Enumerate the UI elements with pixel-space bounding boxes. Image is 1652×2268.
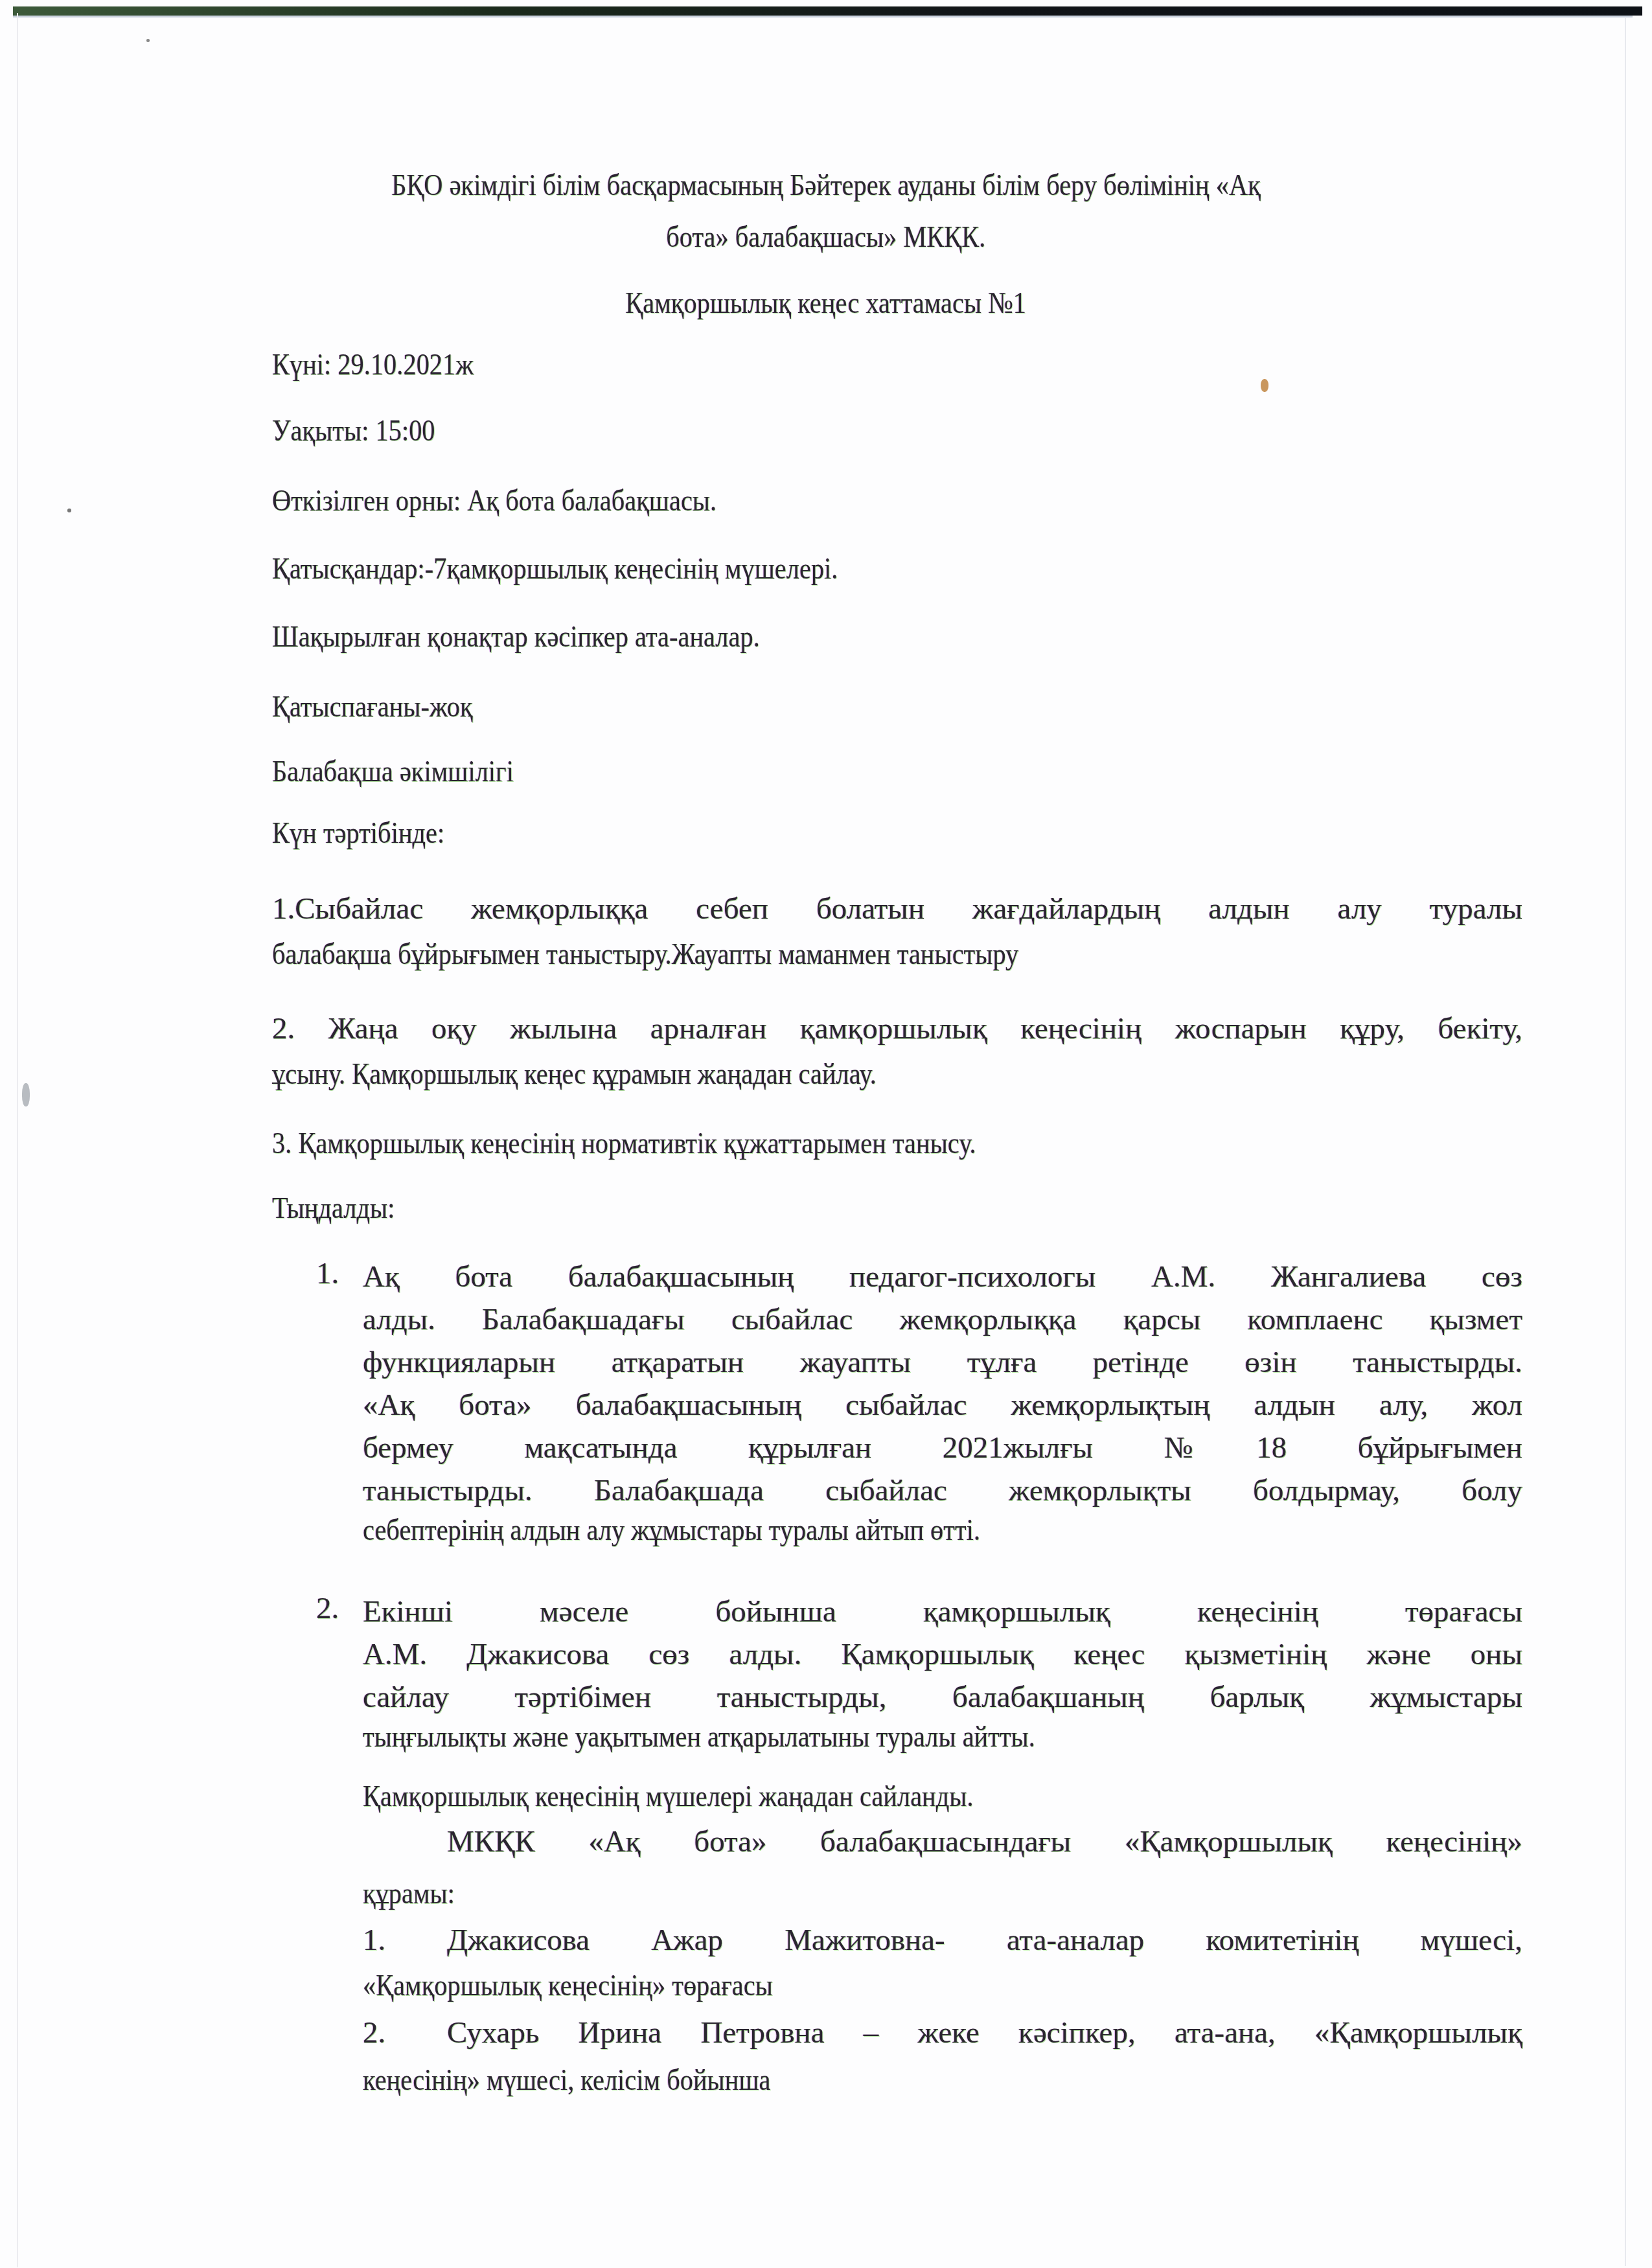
meeting-date: Күні: 29.10.2021ж [272,347,474,383]
page-edge-left [17,13,18,2267]
agenda-heading: Күн тәртібінде: [272,815,444,851]
org-name-line-1: БҚО әкімдігі білім басқармасының Бәйтере… [0,167,1652,203]
invited-guests: Шақырылған қонақтар кәсіпкер ата-аналар. [272,619,760,655]
member-2: Сухарь Ирина Петровна – жеке кәсіпкер, а… [447,2015,1522,2051]
member-1-number: 1. [363,1922,385,1958]
heard-item-2: Екінші мәселе бойынша қамқоршылық кеңесі… [363,1590,1522,1719]
scan-speck [146,39,150,42]
scan-speck [22,1083,30,1106]
scan-border-edge [13,16,1633,17]
absent: Қатыспағаны-жоқ [272,689,473,725]
heard-item-1-last: себептерінің алдын алу жұмыстары туралы … [363,1512,980,1548]
composition-heading-cont: құрамы: [363,1875,455,1912]
heard-item-1-number: 1. [316,1255,339,1292]
member-2-cont: кеңесінің» мүшесі, келісім бойынша [363,2062,770,2098]
scan-speck [67,509,71,512]
meeting-time: Уақыты: 15:00 [272,413,435,449]
member-2-number: 2. [363,2015,385,2051]
page-edge-right [1625,18,1626,2266]
scan-speck [1261,379,1268,392]
member-1: Джакисова Ажар Мажитовна- ата-аналар ком… [447,1922,1522,1958]
scan-border-top [13,6,1642,16]
agenda-item-1-cont: балабақша бұйрығымен таныстыру.Жауапты м… [272,936,1018,972]
agenda-item-3: 3. Қамқоршылық кеңесінің нормативтік құж… [272,1125,976,1162]
composition-heading: МКҚК «Ақ бота» балабақшасындағы «Қамқорш… [447,1824,1522,1860]
document-title: Қамқоршылық кеңес хаттамасы №1 [0,285,1652,321]
agenda-item-2: 2. Жаңа оқу жылына арналған қамқоршылық … [272,1011,1522,1047]
meeting-place: Өткізілген орны: Ақ бота балабақшасы. [272,483,717,519]
member-1-cont: «Қамқоршылық кеңесінің» төрағасы [363,1967,773,2004]
heard-item-1: Ақ бота балабақшасының педагог-психологы… [363,1255,1522,1512]
attendees: Қатысқандар:-7қамқоршылық кеңесінің мүше… [272,551,838,587]
org-name-line-2: бота» балабақшасы» МКҚК. [0,219,1652,255]
agenda-item-1: 1.Сыбайлас жемқорлыққа себеп болатын жағ… [272,891,1522,927]
agenda-item-2-cont: ұсыну. Қамқоршылық кеңес құрамын жаңадан… [272,1056,877,1092]
heard-item-2-line-5: Қамқоршылық кеңесінің мүшелері жаңадан с… [363,1778,974,1815]
heard-item-2-number: 2. [316,1590,339,1627]
administration: Балабақша әкімшілігі [272,753,514,790]
heard-heading: Тыңдалды: [272,1190,395,1226]
heard-item-2-line-4: тыңғылықты және уақытымен атқарылатыны т… [363,1719,1035,1755]
